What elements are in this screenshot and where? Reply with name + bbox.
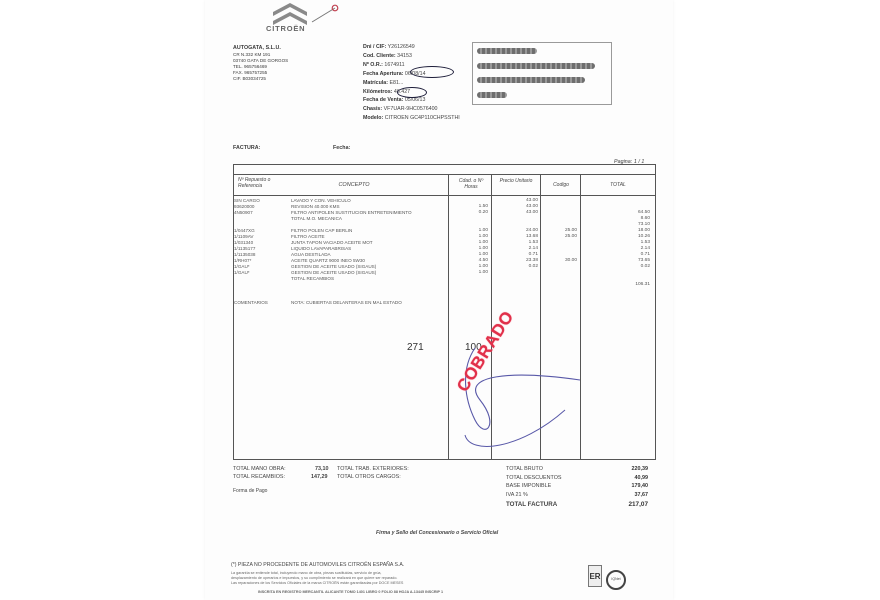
vehicle-info-line: Modelo: CITROEN GC4P110CHPSSTHI	[363, 115, 460, 121]
info-value: 1674911	[384, 62, 404, 68]
header-code: Codigo	[542, 183, 580, 189]
signature-label: Firma y Sello del Concesionario o Servic…	[376, 530, 498, 536]
info-value: 05/06/13	[405, 97, 426, 103]
divider	[234, 195, 655, 196]
labor-total-value: 73,10	[315, 466, 329, 472]
brand-name: CITROËN	[266, 24, 305, 33]
cell-unit: 43.00	[498, 210, 538, 215]
labor-total-label: TOTAL MANO OBRA:	[233, 466, 286, 472]
cell-total: 8.60	[610, 216, 650, 221]
cell-concept: FILTRO ACEITE	[291, 234, 325, 239]
info-value: CITROEN GC4P110CHPSSTHI	[385, 115, 460, 121]
cell-ref: 1/0447XG	[234, 228, 255, 233]
cell-unit: 13.68	[498, 234, 538, 239]
cell-qty: 1.00	[448, 270, 488, 275]
cell-qty: 1.50	[448, 204, 488, 209]
cell-ref: 93620000	[234, 204, 254, 209]
summary-value: 40,99	[608, 475, 648, 481]
parts-total-label: TOTAL RECAMBIOS:	[233, 474, 285, 480]
external-work-label: TOTAL TRAB. EXTERIORES:	[337, 466, 409, 472]
cell-total: 2.14	[610, 246, 650, 251]
cell-ref: 1/RH07*	[234, 258, 251, 263]
warranty-line: Las reparaciones de los Servicios Oficia…	[231, 581, 403, 586]
header-qty: Cdad. o Nº Horas	[454, 179, 488, 190]
cell-concept: JUNTA TAPON VACIADO ACEITE MOT	[291, 240, 373, 245]
scribble	[477, 77, 585, 83]
signature-scribble	[430, 340, 590, 460]
comments-label: COMENTARIOS	[234, 300, 268, 305]
cell-concept: FILTRO POLEN CAP BERLIN	[291, 228, 352, 233]
info-label: Dni / CIF:	[363, 44, 386, 50]
cell-qty: 0.20	[448, 210, 488, 215]
summary-label: TOTAL DESCUENTOS	[506, 475, 562, 481]
summary-value: 179,40	[608, 483, 648, 489]
circled-km	[397, 87, 427, 98]
vehicle-info-line: Fecha de Venta: 05/06/13	[363, 97, 425, 103]
overlay-number-left: 271	[407, 342, 424, 353]
cell-code: 30.00	[537, 258, 577, 263]
info-label: Chasis:	[363, 106, 382, 112]
summary-value: 37,67	[608, 492, 648, 498]
vehicle-info-line: Dni / CIF: Y26126549	[363, 44, 415, 50]
cell-code: 25.00	[537, 234, 577, 239]
cell-concept: LIQUIDO LAVAPARABRISAS	[291, 246, 351, 251]
info-label: Cod. Cliente:	[363, 53, 396, 59]
cell-concept: GESTION DE ACEITE USADO (SIGAUS)	[291, 270, 376, 275]
cell-qty: 1.00	[448, 228, 488, 233]
info-value: Y26126549	[388, 44, 415, 50]
cell-ref: SIN CARGO	[234, 198, 260, 203]
header-total: TOTAL	[582, 183, 654, 189]
vehicle-info-line: Nº O.R.: 1674911	[363, 62, 405, 68]
cell-concept: TOTAL M.O. MECANICA	[291, 216, 342, 221]
cell-total: 73.10	[610, 222, 650, 227]
summary-label: TOTAL FACTURA	[506, 501, 557, 508]
cell-total: 0.02	[610, 264, 650, 269]
cell-qty: 1.00	[448, 240, 488, 245]
cell-total: 106.31	[610, 282, 650, 287]
cell-total: 0.71	[610, 252, 650, 257]
cell-total: 64.50	[610, 210, 650, 215]
summary-label: TOTAL BRUTO	[506, 466, 543, 472]
summary-value: 217,07	[608, 501, 648, 508]
circled-date	[410, 66, 454, 78]
info-label: Modelo:	[363, 115, 383, 121]
cell-unit: 0.71	[498, 252, 538, 257]
cell-concept: GESTION DE ACEITE USADO (SIGAUS)	[291, 264, 376, 269]
info-label: Matrícula:	[363, 80, 388, 86]
origin-note: (*) PIEZA NO PROCEDENTE DE AUTOMOVILES C…	[231, 562, 404, 568]
cell-qty: 1.00	[448, 252, 488, 257]
cell-qty: 1.00	[448, 234, 488, 239]
summary-value: 220,39	[608, 466, 648, 472]
cell-unit: 1.53	[498, 240, 538, 245]
info-label: Kilómetros:	[363, 89, 392, 95]
iqnet-cert-icon: IQNet	[606, 570, 626, 590]
cell-concept: LAVADO Y CON. VEHICULO	[291, 198, 351, 203]
cell-ref: 1/GAU*	[234, 270, 250, 275]
info-label: Fecha Apertura:	[363, 71, 403, 77]
summary-label: BASE IMPONIBLE	[506, 483, 551, 489]
company-name: AUTOGATA, S.L.U.	[233, 45, 281, 52]
vehicle-info-line: Chasis: VF7UAR-9HC0576400	[363, 106, 438, 112]
cell-concept: ACEITE QUARTZ 9000 INEO 5W30	[291, 258, 365, 263]
cell-concept: AGUA DESTILADA	[291, 252, 331, 257]
cell-unit: 23.38	[498, 258, 538, 263]
info-value: VF7UAR-9HC0576400	[384, 106, 438, 112]
cell-concept: TOTAL RECAMBIOS	[291, 276, 334, 281]
cell-unit: 43.00	[498, 204, 538, 209]
info-value: E81...	[390, 80, 404, 86]
cell-total: 10.26	[610, 234, 650, 239]
cell-ref: 1/1109AV	[234, 234, 254, 239]
er-cert-icon: ER	[588, 565, 602, 587]
cell-ref: 4N50907	[234, 210, 253, 215]
cell-ref: 1/1135038	[234, 252, 255, 257]
cell-ref: 1/1135177	[234, 246, 255, 251]
factura-label: FACTURA:	[233, 145, 260, 152]
vehicle-info-line: Matrícula: E81...	[363, 80, 403, 86]
registry-line: INSCRITA EN REGISTRO MERCANTIL ALICANTE …	[258, 590, 443, 595]
pin-icon	[310, 2, 340, 24]
cell-qty: 1.00	[448, 264, 488, 269]
scribble	[477, 48, 537, 54]
cell-total: 18.00	[610, 228, 650, 233]
cell-unit: 43.00	[498, 198, 538, 203]
parts-total-value: 147,29	[311, 474, 328, 480]
cell-concept: REVISION 40.000 KMS	[291, 204, 340, 209]
divider	[234, 174, 655, 175]
other-charges-label: TOTAL OTROS CARGOS:	[337, 474, 401, 480]
cell-total: 1.53	[610, 240, 650, 245]
info-label: Fecha de Venta:	[363, 97, 403, 103]
cell-qty: 1.00	[448, 246, 488, 251]
scribble	[477, 92, 507, 98]
info-label: Nº O.R.:	[363, 62, 383, 68]
cell-unit: 2.14	[498, 246, 538, 251]
scribble	[477, 63, 595, 69]
cell-unit: 0.02	[498, 264, 538, 269]
header-unit-price: Precio Unitario	[497, 179, 535, 185]
cell-concept: FILTRO ANTIPOLEN SUSTITUCION ENTRETENIMI…	[291, 210, 412, 215]
cell-qty: 4.50	[448, 258, 488, 263]
cell-unit: 24.00	[498, 228, 538, 233]
header-ref: Nº Repuesto o Referencia	[238, 178, 278, 189]
cell-ref: 1/GAU*	[234, 264, 250, 269]
fecha-label: Fecha:	[333, 145, 350, 152]
cell-total: 73.65	[610, 258, 650, 263]
header-concept: CONCEPTO	[294, 183, 414, 189]
comments-text: NOTA: CUBIERTAS DELANTERAS EN MAL ESTADO	[291, 300, 402, 305]
payment-method-label: Forma de Pago	[233, 488, 267, 494]
cell-code: 25.00	[537, 228, 577, 233]
vehicle-info-line: Cod. Cliente: 34153	[363, 53, 412, 59]
info-value: 34153	[397, 53, 412, 59]
company-cif: CIF. B03034725	[233, 76, 266, 82]
summary-label: IVA 21 %	[506, 492, 528, 498]
cell-ref: 1/031340	[234, 240, 253, 245]
client-address-box	[472, 42, 612, 105]
